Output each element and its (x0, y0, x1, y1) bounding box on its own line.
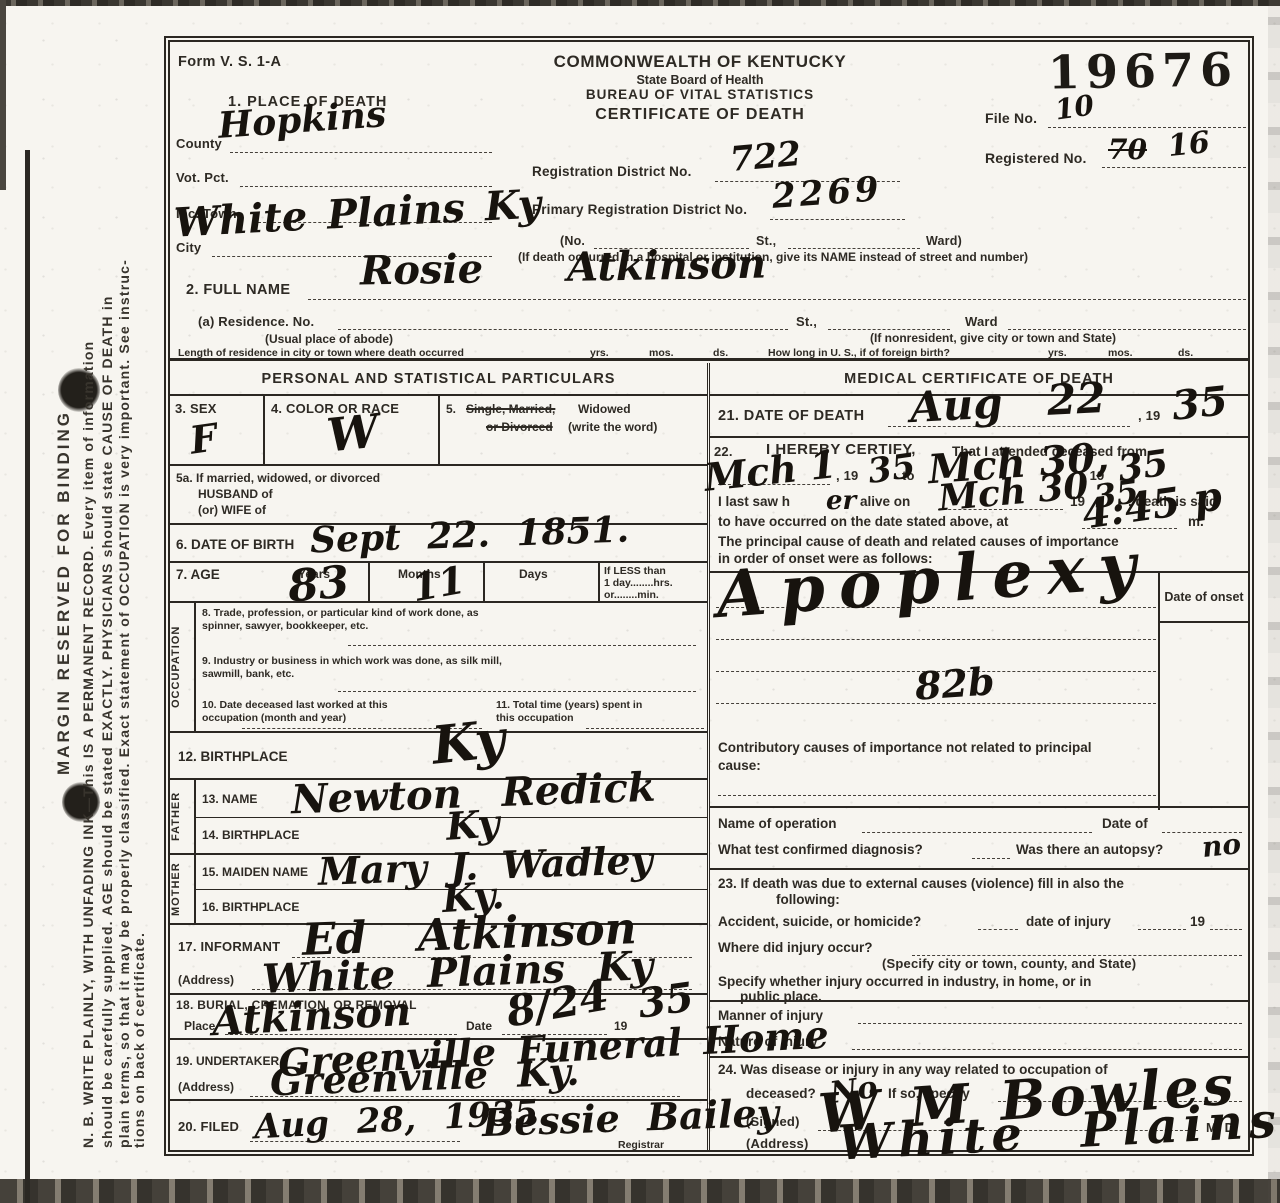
dod-19-printed: , 19 (1138, 408, 1160, 423)
father-birthplace-label: 14. BIRTHPLACE (202, 828, 299, 842)
age-label: 7. AGE (176, 567, 220, 582)
autopsy-label: Was there an autopsy? (1016, 842, 1163, 857)
color-race-cell: 4. COLOR OR RACE W (265, 396, 440, 464)
residence-label: (a) Residence. No. (198, 314, 314, 329)
q23-where-label: Where did injury occur? (718, 940, 873, 955)
nonresident-note: (If nonresident, give city or town and S… (870, 331, 1116, 345)
scan-edge-bottom (0, 1179, 1280, 1203)
q23-accident-label: Accident, suicide, or homicide? (718, 914, 921, 929)
personal-section-title: PERSONAL AND STATISTICAL PARTICULARS (170, 363, 707, 396)
file-no-value: 10 (1053, 91, 1095, 124)
file-no-label: File No. (985, 110, 1037, 126)
bureau-subtitle: BUREAU OF VITAL STATISTICS (500, 87, 900, 102)
occ11-label: 11. Total time (years) spent in this occ… (496, 699, 656, 725)
q23-date-injury-label: date of injury (1026, 914, 1111, 929)
residence-st-label: St., (796, 314, 817, 329)
marital-write-word-note: (write the word) (568, 420, 657, 434)
full-name-line (308, 299, 1246, 300)
county-label: County (176, 136, 222, 151)
q23-line1b: following: (776, 892, 840, 907)
mother-maiden-label: 15. MAIDEN NAME (202, 865, 308, 879)
husband-of-label: HUSBAND of (198, 487, 273, 501)
signed-address-label: (Address) (746, 1136, 808, 1151)
informant-row: 17. INFORMANT Ed Atkinson (Address) Whit… (170, 925, 707, 995)
birthplace-value: Ky (429, 713, 507, 772)
marital-struck-divorced: or Divorced (486, 420, 553, 434)
occ10-label: 10. Date deceased last worked at this oc… (202, 699, 432, 725)
operation-label: Name of operation (718, 816, 837, 831)
margin-note-line4: tions on back of certificate. (131, 932, 147, 1148)
age-months-cell: Months 11 (370, 563, 485, 601)
scan-edge-left (25, 150, 30, 1203)
residence-st-line (828, 329, 950, 330)
last-saw-date-value: Mch 30 (937, 468, 1090, 517)
informant-label: 17. INFORMANT (178, 939, 280, 954)
margin-note-line2: should be carefully supplied. AGE should… (99, 295, 115, 1148)
q23-19-printed: 19 (1190, 914, 1205, 929)
if-less-line1: If LESS than (604, 565, 666, 577)
abode-note: (Usual place of abode) (265, 332, 393, 346)
occupation-tab-label: OCCUPATION (170, 603, 182, 731)
age-years-value: 83 (286, 560, 351, 609)
test-line (972, 858, 1010, 859)
dod-value: Aug 22 (909, 377, 1106, 429)
operation-row: Name of operation Date of What test conf… (710, 808, 1248, 870)
registered-no-struck-value: 70 (1108, 136, 1147, 164)
occ8-label: 8. Trade, profession, or particular kind… (202, 607, 502, 633)
occupation-tab-cell: OCCUPATION (170, 603, 196, 731)
test-label: What test confirmed diagnosis? (718, 842, 923, 857)
certificate-form: Form V. S. 1-A 1. PLACE OF DEATH County … (168, 40, 1250, 1152)
external-causes-row: 23. If death was due to external causes … (710, 870, 1248, 1002)
marital-struck-single-married: Single, Married, (466, 402, 555, 416)
cause-line-2 (716, 639, 1156, 640)
date-of-death-row: 21. DATE OF DEATH Aug 22 , 19 35 (710, 396, 1248, 438)
full-name-value: Rosie Atkinson (360, 244, 767, 291)
city-value-handwritten: White Plains Ky (173, 184, 542, 243)
birthplace-label: 12. BIRTHPLACE (178, 749, 288, 764)
commonwealth-title: COMMONWEALTH OF KENTUCKY (500, 52, 900, 72)
filed-label: 20. FILED (178, 1119, 239, 1134)
primary-registration-label: Primary Registration District No. (532, 202, 747, 217)
residence-ward-line (1008, 329, 1246, 330)
cause-of-death-area: Apoplexy 82b Date of onset (710, 573, 1248, 733)
nature-of-injury-line (852, 1049, 1242, 1050)
date-of-operation-label: Date of (1102, 816, 1148, 831)
filed-row: 20. FILED Aug 28, 1935 Bessie Bailey Reg… (170, 1101, 707, 1153)
board-subtitle: State Board of Health (500, 73, 900, 87)
burial-place-label: Place (184, 1019, 215, 1033)
from-year-value: 35 (866, 449, 918, 489)
dob-value: Sept 22. 1851. (309, 511, 629, 558)
personal-panel: PERSONAL AND STATISTICAL PARTICULARS 3. … (170, 363, 710, 1150)
primary-registration-line (770, 219, 905, 220)
father-birthplace-value: Ky (445, 804, 501, 846)
registrar-signature: Bessie Bailey (481, 1094, 779, 1142)
occupation-content: 8. Trade, profession, or particular kind… (196, 603, 707, 731)
form-number: Form V. S. 1-A (178, 54, 281, 70)
informant-address-label: (Address) (178, 973, 234, 987)
occ9-label: 9. Industry or business in which work wa… (202, 655, 502, 681)
age-row: 7. AGE Years 83 Months 11 Days If LESS t… (170, 563, 707, 603)
from-19-printed: , 19 (836, 468, 858, 483)
registrar-label: Registrar (618, 1139, 664, 1151)
occ8-line (348, 645, 696, 646)
father-tab-cell: FATHER (170, 780, 196, 853)
marital-widowed: Widowed (578, 402, 631, 416)
personal-title-text: PERSONAL AND STATISTICAL PARTICULARS (262, 371, 616, 387)
days-label: Days (519, 567, 548, 581)
dod-year-value: 35 (1170, 381, 1230, 427)
undertaker-address-label: (Address) (178, 1080, 234, 1094)
last-saw-er-value: er (826, 488, 856, 514)
street-name-line (788, 248, 920, 249)
dod-label: 21. DATE OF DEATH (718, 408, 864, 424)
q23-date-injury-line (1138, 929, 1186, 930)
undertaker-label: 19. UNDERTAKER (176, 1054, 279, 1068)
age-years-cell: 7. AGE Years 83 (170, 563, 370, 601)
scanned-death-certificate: MARGIN RESERVED FOR BINDING N. B. WRITE … (0, 0, 1280, 1203)
dob-label: 6. DATE OF BIRTH (176, 537, 294, 552)
father-name-label: 13. NAME (202, 792, 257, 806)
attended-from-value: Mch 1 (702, 445, 838, 497)
registration-district-label: Registration District No. (532, 164, 692, 179)
occupation-block: OCCUPATION 8. Trade, profession, or part… (170, 603, 707, 733)
vot-pct-label: Vot. Pct. (176, 170, 229, 185)
wife-of-label: (or) WIFE of (198, 503, 266, 517)
residence-no-line (338, 329, 788, 330)
undertaker-row: 19. UNDERTAKER Greenville Funeral Home (… (170, 1040, 707, 1101)
operation-line (862, 832, 1092, 833)
scan-edge-top (0, 0, 1280, 6)
date-of-onset-header: Date of onset (1158, 571, 1250, 623)
color-race-value: W (325, 407, 381, 458)
margin-binding-text: MARGIN RESERVED FOR BINDING (54, 410, 74, 775)
primary-registration-value: 2269 (771, 172, 884, 214)
sex-value: F (187, 418, 219, 459)
marital-number: 5. (446, 402, 456, 416)
contributory-label: Contributory causes of importance not re… (718, 739, 1138, 774)
registered-no-label: Registered No. (985, 150, 1087, 166)
sex-color-marital-row: 3. SEX F 4. COLOR OR RACE W 5. Single, M… (170, 396, 707, 466)
marital-cell: 5. Single, Married, Widowed or Divorced … (440, 396, 707, 464)
certificate-title: CERTIFICATE OF DEATH (500, 106, 900, 124)
age-less-than-cell: If LESS than 1 day........hrs. or.......… (600, 563, 707, 601)
occ11-line (586, 728, 704, 729)
header-divider (170, 358, 1248, 361)
mother-birthplace-label: 16. BIRTHPLACE (202, 900, 299, 914)
registration-district-value: 722 (729, 137, 803, 177)
contributory-line (718, 795, 1156, 796)
margin-note-line3: plain terms, so that it may be properly … (116, 259, 132, 1148)
q23-industry-label: Specify whether injury occurred in indus… (718, 974, 1091, 989)
sex-cell: 3. SEX F (170, 396, 265, 464)
ward-paren-label: Ward) (926, 234, 962, 248)
registered-no-value: 16 (1167, 128, 1212, 162)
scan-edge-corner (0, 0, 6, 190)
state-heading: COMMONWEALTH OF KENTUCKY State Board of … (500, 52, 900, 124)
married-widowed-label: 5a. If married, widowed, or divorced (176, 471, 380, 485)
registered-no-line (1102, 167, 1246, 168)
mother-tab-cell: MOTHER (170, 855, 196, 923)
q23-specify-note: (Specify city or town, county, and State… (882, 956, 1136, 971)
autopsy-value: no (1201, 830, 1243, 862)
margin-note-line1: N. B. WRITE PLAINLY, WITH UNFADING INK—T… (80, 341, 96, 1148)
file-no-line (1048, 127, 1246, 128)
full-name-label: 2. FULL NAME (186, 282, 290, 298)
county-line (230, 152, 492, 153)
q23-line1: 23. If death was due to external causes … (718, 876, 1124, 891)
mother-tab-label: MOTHER (170, 855, 182, 923)
age-days-cell: Days (485, 563, 600, 601)
date-of-onset-column: Date of onset (1158, 573, 1248, 810)
occupation-related-row: 24. Was disease or injury in any way rel… (710, 1058, 1248, 1150)
cause-code-value: 82b (914, 662, 996, 705)
burial-year-value: 35 (635, 977, 696, 1024)
father-tab-label: FATHER (170, 780, 182, 853)
last-saw-text2: alive on (860, 494, 910, 509)
if-less-line3: or........min. (604, 589, 659, 601)
q23-19-line (1210, 929, 1242, 930)
county-value-handwritten: Hopkins (217, 96, 387, 144)
date-of-birth-row: 6. DATE OF BIRTH Sept 22. 1851. (170, 525, 707, 563)
residence-ward-label: Ward (965, 314, 998, 329)
if-less-line2: 1 day........hrs. (604, 577, 673, 589)
age-months-value: 11 (409, 561, 468, 608)
q23-accident-line (978, 929, 1018, 930)
manner-of-injury-line (858, 1023, 1242, 1024)
scan-edge-right (1268, 0, 1280, 1203)
occ9-line (338, 691, 696, 692)
